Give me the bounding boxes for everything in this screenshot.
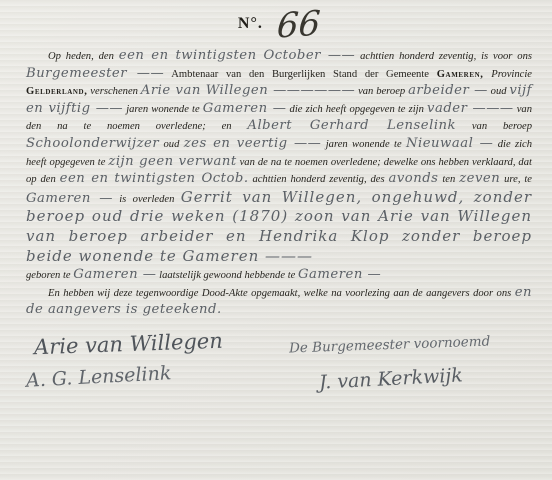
signature-block: Arie van Willegen A. G. Lenselink De Bur…	[26, 332, 532, 390]
printed-text: van de na te noemen overledene;	[240, 157, 381, 168]
printed-text: Ambtenaar van den Burgerlijken Stand der…	[171, 69, 429, 80]
printed-text: ure, te	[504, 174, 532, 185]
entry-declarant1-relation: vader ———	[427, 101, 514, 116]
printed-text: jaren wonende te	[326, 139, 402, 150]
entry-death-date: een en twintigsten Octob.	[60, 171, 249, 186]
entry-declarant2-residence: Nieuwaal —	[406, 136, 493, 151]
printed-text: laatstelijk gewoond hebbende te	[159, 270, 295, 281]
printed-text: Provincie	[491, 69, 532, 80]
entry-declarant2-occupation: Schoolonderwijzer	[26, 136, 159, 151]
official-signatures: De Burgemeester voornoemd J. van Kerkwij…	[259, 332, 532, 390]
entry-declarant1-occupation: arbeider —	[408, 83, 488, 98]
entry-act-date: een en twintigsten October ——	[119, 48, 355, 63]
entry-official-capacity: Burgemeester ——	[26, 66, 164, 81]
entry-declarant2-name: Albert Gerhard Lenselink	[247, 118, 456, 133]
province-name: Gelderland,	[26, 86, 87, 97]
printed-text: oud	[164, 139, 180, 150]
printed-text: jaren wonende te	[126, 104, 199, 115]
signature-declarant1: Arie van Willegen	[34, 329, 224, 360]
official-title: De Burgemeester voornoemd	[289, 333, 491, 356]
entry-death-daypart: avonds	[389, 171, 439, 186]
act-number-label: N°.	[238, 15, 263, 32]
printed-text: die zich heeft opgegeven te zijn	[290, 104, 424, 115]
printed-text: van beroep	[472, 121, 532, 132]
birth-and-residence-line: geboren te Gameren — laatstelijk gewoond…	[26, 267, 532, 285]
act-body-text: Op heden, den een en twintigsten October…	[26, 48, 532, 320]
entry-declarant2-age: zes en veertig ——	[184, 136, 322, 151]
signature-official: J. van Kerkwijk	[318, 364, 463, 393]
signature-declarant2: A. G. Lenselink	[26, 362, 172, 392]
printed-text: en	[222, 121, 232, 132]
printed-text: geboren te	[26, 270, 71, 281]
printed-text: verschenen	[90, 86, 138, 97]
main-paragraph: Op heden, den een en twintigsten October…	[26, 48, 532, 267]
entry-last-residence: Gameren —	[298, 267, 381, 282]
printed-text: achttien honderd zeventig, is voor ons	[360, 51, 532, 62]
printed-text: van beroep	[358, 86, 405, 97]
printed-text: oud	[491, 86, 507, 97]
printed-text: is overleden	[119, 194, 174, 205]
municipality-name: Gameren,	[437, 69, 484, 80]
entry-death-hour: zeven	[459, 171, 500, 186]
declarant-signatures: Arie van Willegen A. G. Lenselink	[26, 332, 259, 388]
entry-death-place: Gameren —	[26, 191, 113, 206]
entry-declarant1-name: Arie van Willegen ——————	[141, 83, 355, 98]
closing-paragraph: En hebben wij deze tegenwoordige Dood-Ak…	[26, 285, 532, 320]
death-certificate-page: N°. 66 Op heden, den een en twintigsten …	[0, 0, 552, 480]
entry-declarant1-residence: Gameren —	[203, 101, 287, 116]
entry-declarant2-relation: zijn geen verwant	[108, 154, 236, 169]
printed-text: ten	[442, 174, 455, 185]
entry-birthplace: Gameren —	[73, 267, 156, 282]
act-number-value: 66	[276, 6, 322, 43]
printed-text: achttien honderd zeventig, des	[252, 174, 384, 185]
act-number-header: N°. 66	[26, 8, 532, 48]
printed-text: Op heden, den	[48, 51, 114, 62]
printed-text: En hebben wij deze tegenwoordige Dood-Ak…	[48, 288, 511, 299]
